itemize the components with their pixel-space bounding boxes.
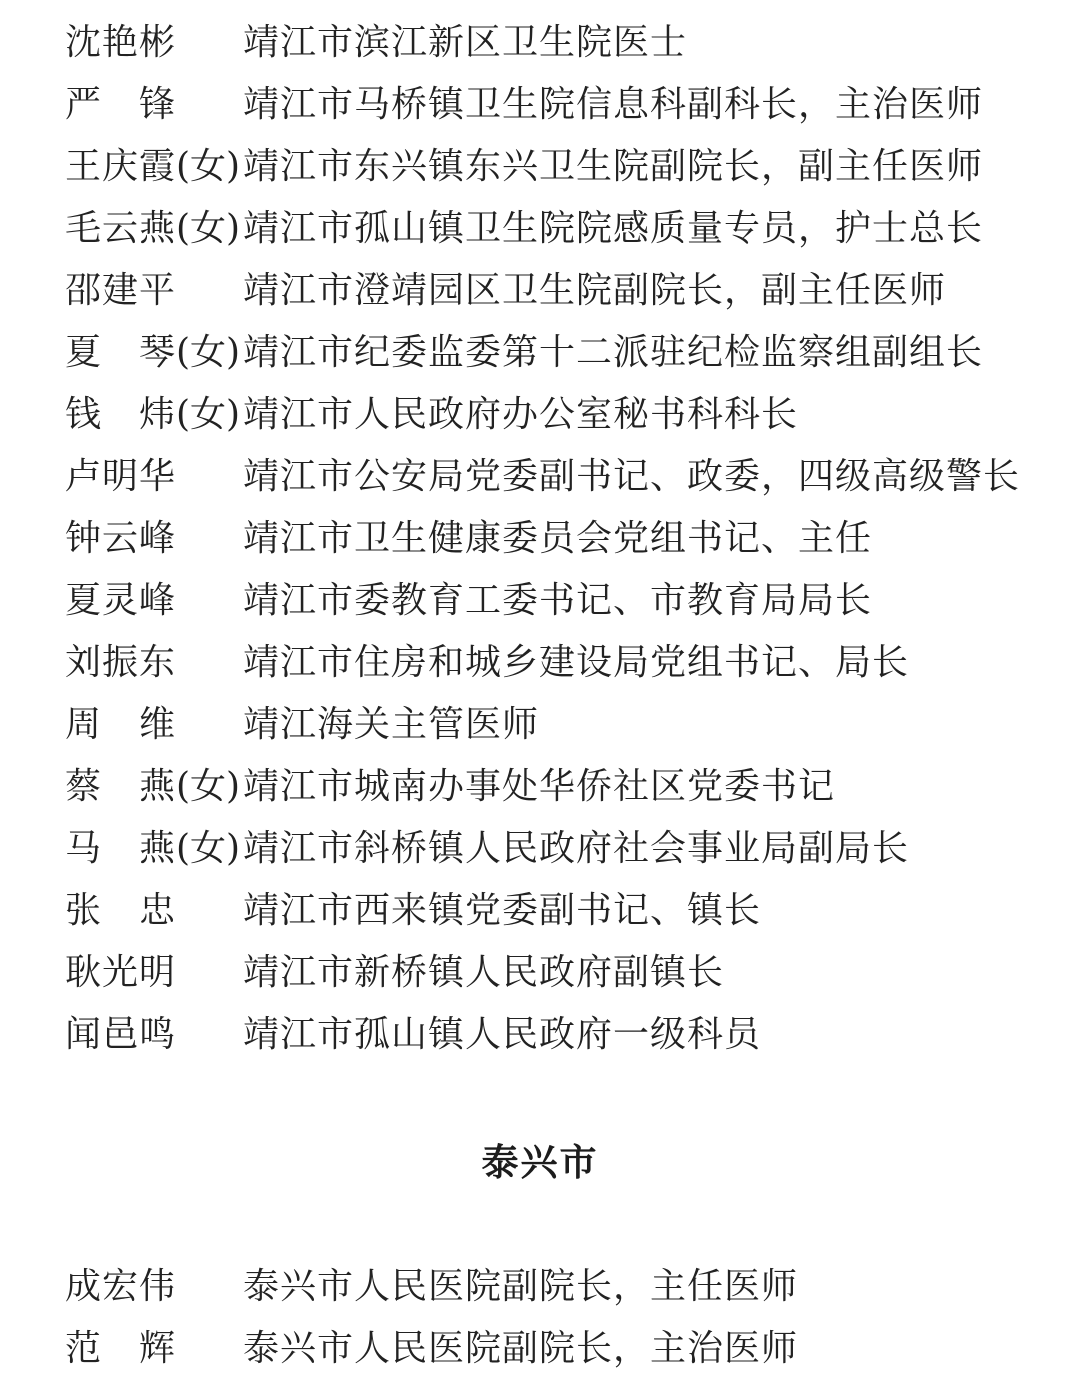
list-item: 王庆霞(女) 靖江市东兴镇东兴卫生院副院长，副主任医师 xyxy=(0,136,1080,198)
person-position: 靖江市斜桥镇人民政府社会事业局副局长 xyxy=(243,831,909,867)
person-position: 靖江市澄靖园区卫生院副院长，副主任医师 xyxy=(243,273,946,309)
person-name: 范 辉 xyxy=(65,1328,176,1369)
person-position: 靖江市城南办事处华侨社区党委书记 xyxy=(243,769,835,805)
list-item: 周 维 靖江海关主管医师 xyxy=(0,694,1080,756)
list-item: 张 忠 靖江市西来镇党委副书记、镇长 xyxy=(0,880,1080,942)
section-taixing-list: 成宏伟 泰兴市人民医院副院长，主任医师 范 辉 泰兴市人民医院副院长，主治医师 xyxy=(0,1194,1080,1380)
person-name: 耿光明 xyxy=(65,952,176,993)
list-item: 蔡 燕(女) 靖江市城南办事处华侨社区党委书记 xyxy=(0,756,1080,818)
person-position: 靖江市住房和城乡建设局党组书记、局长 xyxy=(243,645,909,681)
section-header-taixing: 泰兴市 xyxy=(0,1132,1080,1194)
list-item: 钟云峰 靖江市卫生健康委员会党组书记、主任 xyxy=(0,508,1080,570)
person-position: 靖江市新桥镇人民政府副镇长 xyxy=(243,955,724,991)
gender-suffix: (女) xyxy=(176,394,240,435)
person-position: 靖江市卫生健康委员会党组书记、主任 xyxy=(243,521,872,557)
person-position: 靖江海关主管医师 xyxy=(243,707,539,743)
list-item: 范 辉 泰兴市人民医院副院长，主治医师 xyxy=(0,1318,1080,1380)
person-name: 成宏伟 xyxy=(65,1266,176,1307)
person-position: 泰兴市人民医院副院长，主任医师 xyxy=(243,1269,798,1305)
list-item: 成宏伟 泰兴市人民医院副院长，主任医师 xyxy=(0,1256,1080,1318)
list-item: 闻邑鸣 靖江市孤山镇人民政府一级科员 xyxy=(0,1004,1080,1066)
person-position: 泰兴市人民医院副院长，主治医师 xyxy=(243,1331,798,1367)
person-position: 靖江市人民政府办公室秘书科科长 xyxy=(243,397,798,433)
gender-suffix: (女) xyxy=(176,208,240,249)
person-name: 卢明华 xyxy=(65,456,176,497)
list-item: 邵建平 靖江市澄靖园区卫生院副院长，副主任医师 xyxy=(0,260,1080,322)
person-position: 靖江市孤山镇卫生院院感质量专员，护士总长 xyxy=(243,211,983,247)
gender-suffix: (女) xyxy=(176,332,240,373)
person-position: 靖江市孤山镇人民政府一级科员 xyxy=(243,1017,761,1053)
person-name: 闻邑鸣 xyxy=(65,1014,176,1055)
list-item: 沈艳彬 靖江市滨江新区卫生院医士 xyxy=(0,12,1080,74)
list-item: 卢明华 靖江市公安局党委副书记、政委，四级高级警长 xyxy=(0,446,1080,508)
section-jingjiang-list: 沈艳彬 靖江市滨江新区卫生院医士 严 锋 靖江市马桥镇卫生院信息科副科长，主治医… xyxy=(0,0,1080,1066)
gender-suffix: (女) xyxy=(176,766,240,807)
person-name: 周 维 xyxy=(65,704,176,745)
person-position: 靖江市公安局党委副书记、政委，四级高级警长 xyxy=(243,459,1020,495)
person-name: 钱 炜 xyxy=(65,394,176,435)
person-position: 靖江市纪委监委第十二派驻纪检监察组副组长 xyxy=(243,335,983,371)
person-position: 靖江市东兴镇东兴卫生院副院长，副主任医师 xyxy=(243,149,983,185)
person-position: 靖江市西来镇党委副书记、镇长 xyxy=(243,893,761,929)
list-item: 钱 炜(女) 靖江市人民政府办公室秘书科科长 xyxy=(0,384,1080,446)
list-item: 马 燕(女) 靖江市斜桥镇人民政府社会事业局副局长 xyxy=(0,818,1080,880)
list-item: 毛云燕(女) 靖江市孤山镇卫生院院感质量专员，护士总长 xyxy=(0,198,1080,260)
person-name: 沈艳彬 xyxy=(65,22,176,63)
person-position: 靖江市委教育工委书记、市教育局局长 xyxy=(243,583,872,619)
gender-suffix: (女) xyxy=(176,828,240,869)
person-name: 马 燕 xyxy=(65,828,176,869)
person-name: 刘振东 xyxy=(65,642,176,683)
person-name: 毛云燕 xyxy=(65,208,176,249)
list-item: 刘振东 靖江市住房和城乡建设局党组书记、局长 xyxy=(0,632,1080,694)
gender-suffix: (女) xyxy=(176,146,240,187)
person-position: 靖江市马桥镇卫生院信息科副科长，主治医师 xyxy=(243,87,983,123)
list-item: 严 锋 靖江市马桥镇卫生院信息科副科长，主治医师 xyxy=(0,74,1080,136)
person-name: 夏灵峰 xyxy=(65,580,176,621)
person-name: 蔡 燕 xyxy=(65,766,176,807)
list-item: 夏 琴(女) 靖江市纪委监委第十二派驻纪检监察组副组长 xyxy=(0,322,1080,384)
person-name: 张 忠 xyxy=(65,890,176,931)
person-name: 严 锋 xyxy=(65,84,176,125)
person-name: 王庆霞 xyxy=(65,146,176,187)
list-item: 耿光明 靖江市新桥镇人民政府副镇长 xyxy=(0,942,1080,1004)
list-item: 夏灵峰 靖江市委教育工委书记、市教育局局长 xyxy=(0,570,1080,632)
person-name: 钟云峰 xyxy=(65,518,176,559)
person-name: 邵建平 xyxy=(65,270,176,311)
document-page: 沈艳彬 靖江市滨江新区卫生院医士 严 锋 靖江市马桥镇卫生院信息科副科长，主治医… xyxy=(0,0,1080,1394)
person-position: 靖江市滨江新区卫生院医士 xyxy=(243,25,687,61)
person-name: 夏 琴 xyxy=(65,332,176,373)
